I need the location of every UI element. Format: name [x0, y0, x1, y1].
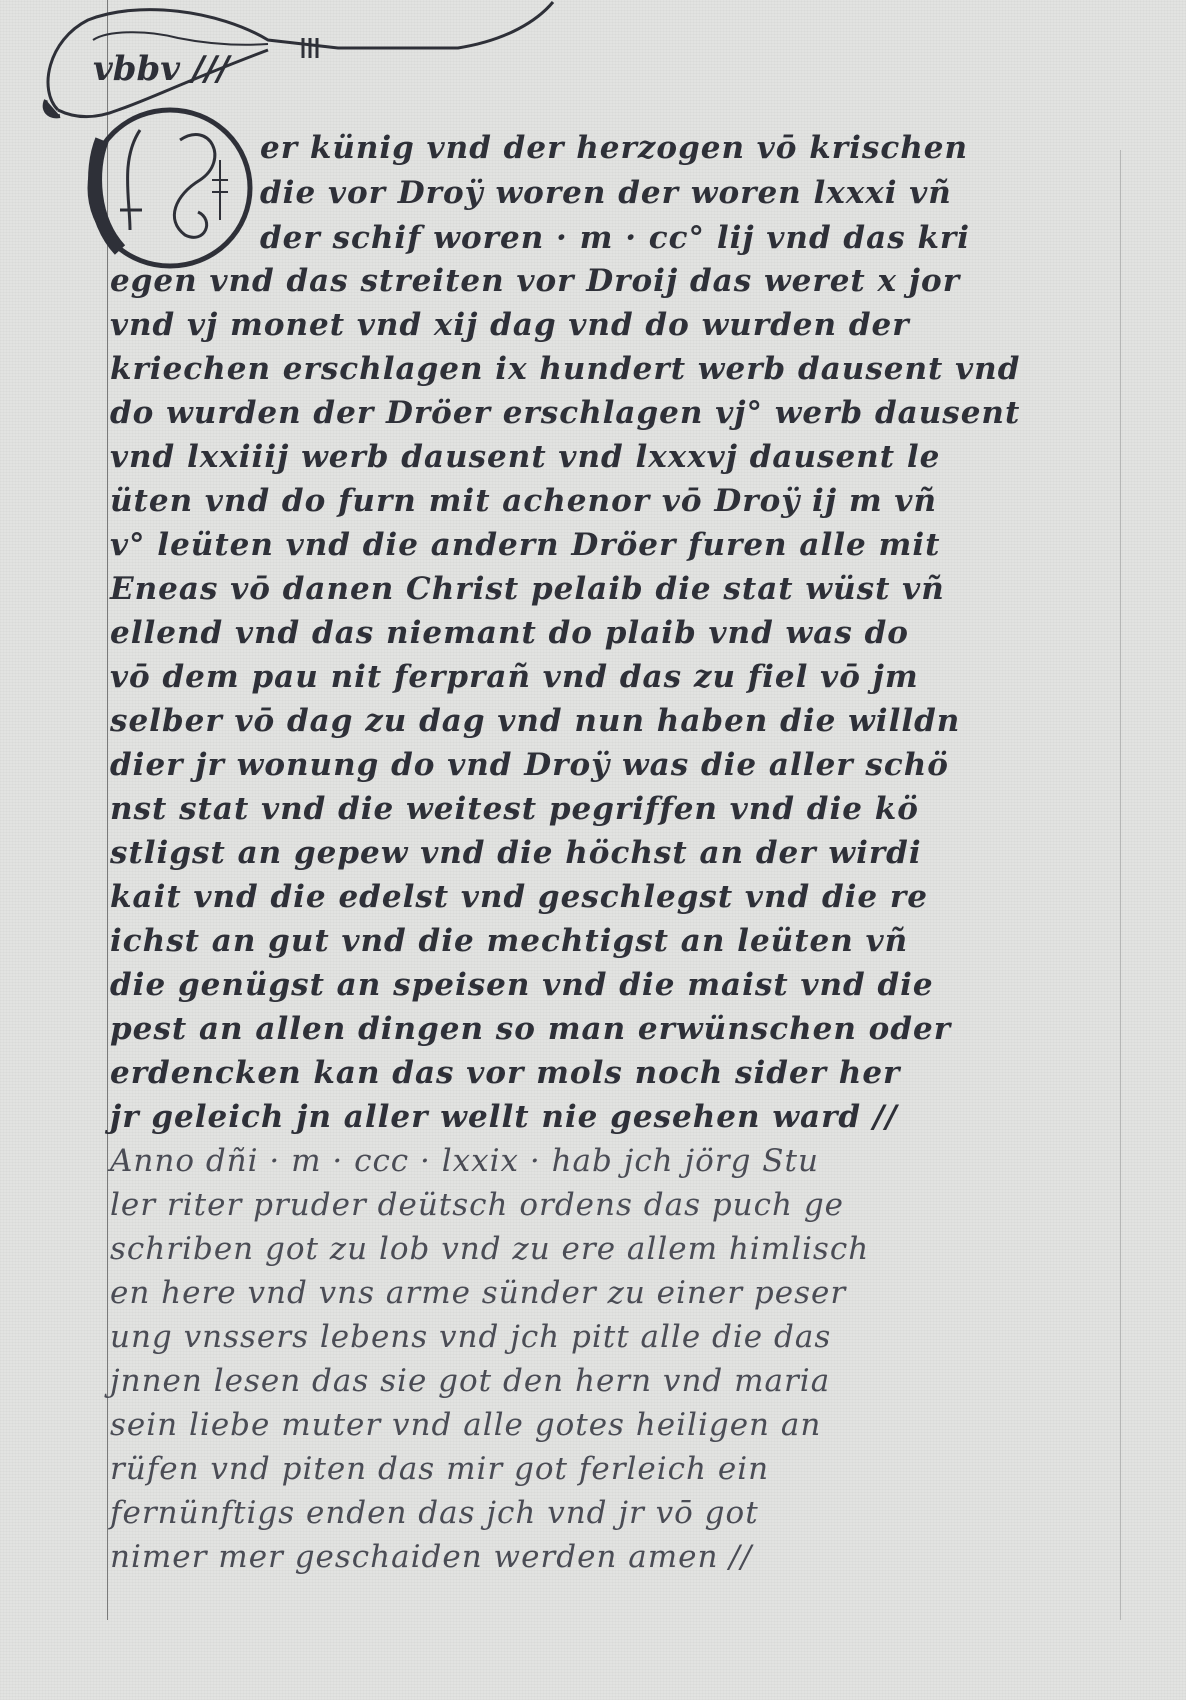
text-line: ellend vnd das niemant do plaib vnd was … — [110, 613, 909, 653]
text-line: nimer mer geschaiden werden amen // — [110, 1537, 752, 1577]
text-line: dier jr wonung do vnd Droÿ was die aller… — [110, 745, 949, 785]
text-line: kait vnd die edelst vnd geschlegst vnd d… — [110, 877, 928, 917]
text-line: die vor Droÿ woren der woren lxxxi vñ — [260, 173, 952, 213]
text-line: stligst an gepew vnd die höchst an der w… — [110, 833, 922, 873]
text-line: die genügst an speisen vnd die maist vnd… — [110, 965, 934, 1005]
text-line: nst stat vnd die weitest pegriffen vnd d… — [110, 789, 919, 829]
text-line: Eneas vō danen Christ pelaib die stat wü… — [110, 569, 945, 609]
illuminated-initial-d-icon — [80, 100, 260, 270]
text-line: Anno dñi · m · ccc · lxxix · hab jch jör… — [110, 1141, 819, 1181]
text-line: rüfen vnd piten das mir got ferleich ein — [110, 1449, 769, 1489]
text-line: erdencken kan das vor mols noch sider he… — [110, 1053, 900, 1093]
text-line: ler riter pruder deütsch ordens das puch… — [110, 1185, 844, 1225]
text-line: selber vō dag zu dag vnd nun haben die w… — [110, 701, 960, 741]
text-line: schriben got zu lob vnd zu ere allem him… — [110, 1229, 869, 1269]
text-line: der schif woren · m · cc° lij vnd das kr… — [260, 218, 970, 258]
manuscript-page: vbbv /// er künig vnd der herzogen vō kr… — [0, 0, 1186, 1700]
text-line: jnnen lesen das sie got den hern vnd mar… — [110, 1361, 830, 1401]
text-line: egen vnd das streiten vor Droij das were… — [110, 261, 960, 301]
text-line: sein liebe muter vnd alle gotes heiligen… — [110, 1405, 821, 1445]
text-line: jr geleich jn aller wellt nie gesehen wa… — [110, 1097, 898, 1137]
text-line: do wurden der Dröer erschlagen vj° werb … — [110, 393, 1020, 433]
text-line: vnd lxxiiij werb dausent vnd lxxxvj daus… — [110, 437, 940, 477]
text-line: pest an allen dingen so man erwünschen o… — [110, 1009, 951, 1049]
text-line: kriechen erschlagen ix hundert werb daus… — [110, 349, 1020, 389]
text-line: ung vnssers lebens vnd jch pitt alle die… — [110, 1317, 831, 1357]
text-line: fernünftigs enden das jch vnd jr vō got — [110, 1493, 759, 1533]
text-line: ichst an gut vnd die mechtigst an leüten… — [110, 921, 908, 961]
text-line: vnd vj monet vnd xij dag vnd do wurden d… — [110, 305, 910, 345]
text-line: vō dem pau nit ferprañ vnd das zu fiel v… — [110, 657, 919, 697]
text-line: v° leüten vnd die andern Dröer furen all… — [110, 525, 940, 565]
text-line: en here vnd vns arme sünder zu einer pes… — [110, 1273, 846, 1313]
right-margin-rule — [1120, 150, 1121, 1620]
text-line: er künig vnd der herzogen vō krischen — [260, 128, 968, 168]
text-line: üten vnd do furn mit achenor vō Droÿ ij … — [110, 481, 937, 521]
svg-text:vbbv ///: vbbv /// — [93, 49, 233, 89]
